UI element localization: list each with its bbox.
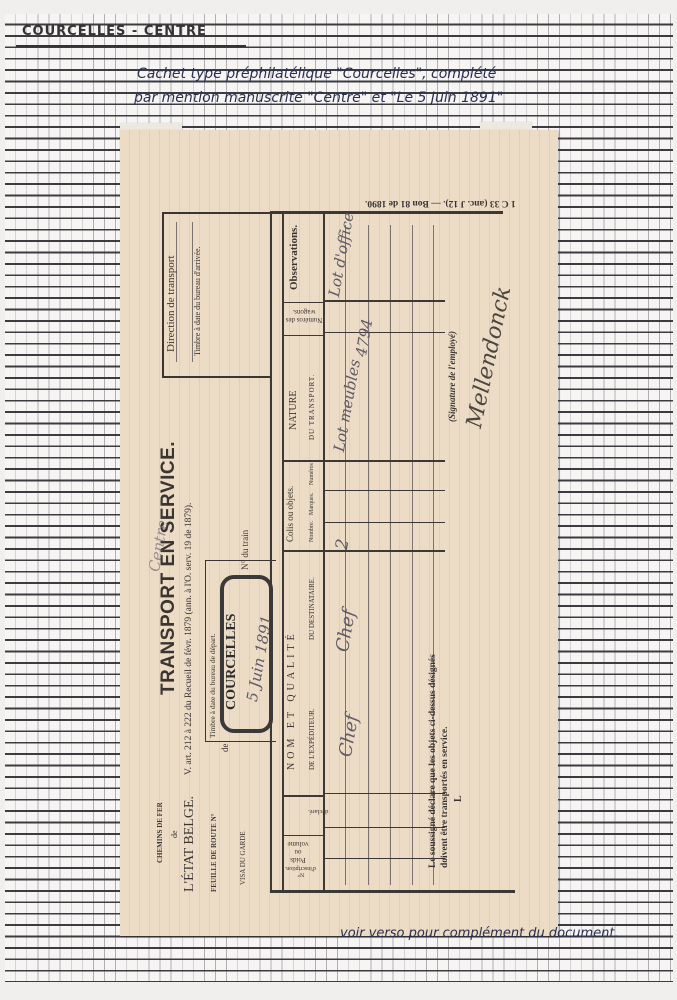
feuille-label: FEUILLE DE ROUTE N° [210,814,218,892]
de-label: de [220,744,230,753]
header-nature-sub: DU TRANSPORT. [308,374,316,440]
header-nom-qualite: NOM ET QUALITÉ [286,630,297,770]
title-underline [16,45,246,47]
railway-name: L'ÉTAT BELGE. [182,796,198,892]
declaration-line-2: doivent être transportés en service. [440,727,450,869]
header-poids-sub: déclaré. [308,808,328,815]
arrival-box [162,212,272,378]
subtitle: V. art. 212 à 222 du Recueil de févr. 18… [184,503,194,775]
page-title: COURCELLES - CENTRE [22,24,207,39]
header-marques: Marques. [309,493,315,516]
cell-observations: Lot d'office [325,211,358,298]
header-colis: Colis ou objets. [285,486,295,542]
cell-destinataire: Chef [332,608,360,654]
annotation-line-2: par mention manuscrite "Centre" et "Le 5… [134,90,503,106]
signature-label: (Signature de l'employé) [447,331,457,422]
cell-expediteur: Chef [335,713,363,759]
top-rule [270,211,503,214]
header-expediteur: DE L'EXPÉDITEUR. [308,708,316,770]
visa-label: VISA DU GARDE [239,831,247,885]
courcelles-postmark-text: COURCELLES [224,614,240,710]
header-nombre: Nombre. [309,521,315,542]
annotation-line-1: Cachet type préphilatélique "Courcelles"… [137,66,496,82]
departure-stamp-caption: Timbre à date du bureau de départ. [208,634,217,738]
cell-wagons: 4794 [352,317,376,358]
railway-line-2: de [170,830,179,838]
header-poids: Poids ou volume [286,840,310,864]
header-wagons: Numéros des wagons. [285,308,323,324]
declaration-letter: L [453,795,464,802]
direction-label: Direction de transport [165,255,177,352]
header-nature: NATURE [288,391,299,430]
declaration-line-1: Le soussigné déclare que les objets ci-d… [428,654,438,868]
header-no-inscription: N° d'inscription. [286,865,316,877]
header-destinataire: DU DESTINATAIRE. [308,577,316,640]
form-code: 1 C 33 (anc. J 12). — Bon 81 de 1890. [365,198,516,208]
header-numeros: Numéros [309,463,315,485]
footer-note: voir verso pour complément du document. [340,926,619,941]
arrival-stamp-caption: Timbre à date du bureau d'arrivée. [193,246,202,356]
employee-signature: Mellendonck [462,284,516,430]
railway-line-1: CHEMINS DE FER [156,802,164,863]
railway-document: 1 C 33 (anc. J 12). — Bon 81 de 1890. Di… [120,130,558,936]
header-observations: Observations. [288,225,300,290]
cell-nature: Lot meubles [330,358,364,453]
